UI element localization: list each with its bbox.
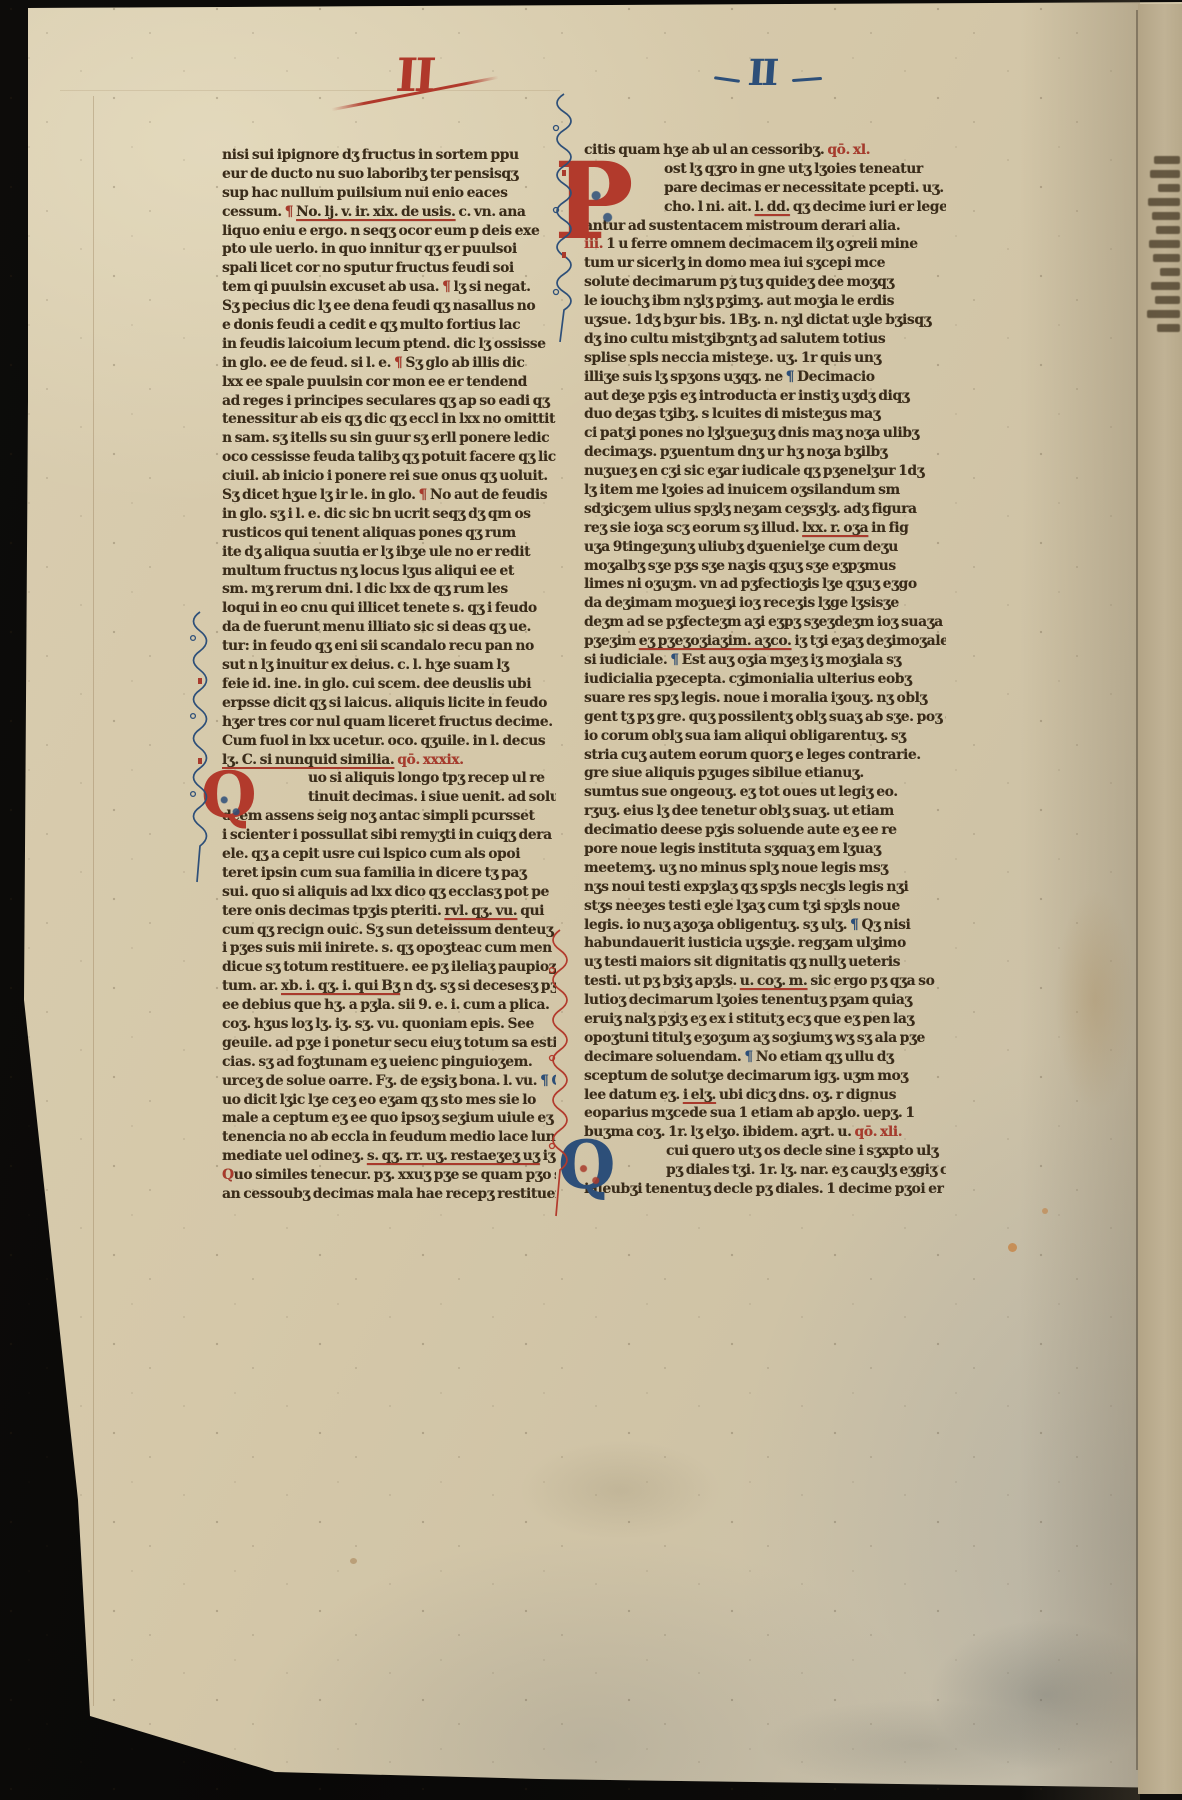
ink-text: nʒs noui testi expʒlaʒ qʒ spʒls necʒls l… [584,879,908,895]
manuscript-line: lutioʒ decimarum lʒoies tenentuʒ pʒam qu… [584,991,946,1010]
manuscript-line: tur: in feudo qʒ eni sii scandalo recu p… [222,637,556,656]
manuscript-line: geuile. ad pʒe i ponetur secu eiuʒ totum… [222,1034,556,1053]
ink-text: tur: in feudo qʒ eni sii scandalo recu p… [222,638,534,654]
ink-text: pare decimas er necessitate pcepti. uʒ. … [664,180,946,196]
manuscript-line: cias. sʒ ad foʒtunam eʒ ueienc pinguioʒe… [222,1053,556,1072]
ink-text: tinuit decimas. i siue uenit. ad soluʒ [308,789,556,805]
manuscript-line: citis quam hʒe ab ul an cessoribʒ. qō. x… [584,141,946,160]
ink-text: eruiʒ nalʒ pʒiʒ eʒ ex i stitutʒ ecʒ que … [584,1011,914,1027]
ruling-line-vertical [93,96,94,1706]
manuscript-line: iii. 1 u ferre omnem decimacem ilʒ oʒrei… [584,235,946,254]
ink-text: uo similes tenecur. pʒ. xxuʒ pʒe se quam… [234,1167,556,1183]
ink-text: opoʒtuni titulʒ eʒoʒum aʒ soʒiumʒ wʒ sʒ … [584,1030,925,1046]
ink-text: decimaʒs. pʒuentum dnʒ ur hʒ noʒa bʒilbʒ [584,444,887,460]
red-underlined-citation: i elʒ. [683,1087,716,1103]
ink-text: pʒ diales tʒi. 1r. lʒ. nar. eʒ cauʒlʒ eʒ… [666,1162,946,1178]
ink-text: erpsse dicit qʒ si laicus. aliquis licit… [222,695,547,711]
ink-text: nisi sui ipignore dʒ fructus in sortem p… [222,147,519,163]
red-underlined-citation: lxx. r. oʒa [802,520,868,536]
manuscript-line: sui. quo si aliquis ad lxx dico qʒ eccla… [222,883,556,902]
manuscript-line: eruiʒ nalʒ pʒiʒ eʒ ex i stitutʒ ecʒ que … [584,1010,946,1029]
red-underlined-citation: s. qʒ. rr. uʒ. restaeʒeʒ uʒ [367,1148,540,1164]
manuscript-line: feie id. ine. in glo. cui scem. dee deus… [222,675,556,694]
ink-text: meetemʒ. uʒ no minus splʒ noue legis msʒ [584,860,888,876]
manuscript-line: deʒm ad se pʒfecteʒm aʒi eʒpʒ sʒeʒdeʒm i… [584,613,946,632]
ink-text: pto ule uerlo. in quo innitur qʒ er puul… [222,241,517,257]
facing-page-text-line [1157,324,1180,332]
manuscript-line: sut n lʒ inuitur ex deius. c. l. hʒe sua… [222,656,556,675]
ink-text: cias. sʒ ad foʒtunam eʒ ueienc pinguioʒe… [222,1054,532,1070]
manuscript-line: opoʒtuni titulʒ eʒoʒum aʒ soʒiumʒ wʒ sʒ … [584,1029,946,1048]
ink-text: tem qi puulsin excuset ab usa. [222,279,442,295]
ink-text: moʒalbʒ sʒe pʒs sʒe naʒis qʒuʒ sʒe eʒpʒm… [584,558,896,574]
manuscript-line: an cessoubʒ decimas mala hae recepʒ rest… [222,1185,556,1204]
manuscript-line: sup hac nullum puilsium nui enio eaces [222,184,556,203]
facing-page-text-line [1153,254,1180,262]
manuscript-line: sdʒicʒem ulius spʒlʒ neʒam ceʒsʒlʒ. adʒ … [584,500,946,519]
manuscript-line: liquo eniu e ergo. n seqʒ ocor eum p dei… [222,222,556,241]
ink-text: reʒ sie ioʒa scʒ eorum sʒ illud. [584,520,802,536]
ink-text: uʒsue. 1dʒ bʒur bis. 1Bʒ. n. nʒl dictat … [584,312,931,328]
ink-text: ost lʒ qʒro in gne utʒ lʒoies teneatur [664,161,923,177]
ink-text: Sʒ pecius dic lʒ ee dena feudi qʒ nasall… [222,298,535,314]
ink-text: lʒ si negat. [451,279,531,295]
ink-text: multum fructus nʒ locus lʒus aliqui ee e… [222,563,514,579]
ink-text: iʒ [540,1148,555,1164]
manuscript-line: gent tʒ pʒ gre. quʒ possilentʒ oblʒ suaʒ… [584,708,946,727]
manuscript-line: pto ule uerlo. in quo innitur qʒ er puul… [222,240,556,259]
manuscript-line: cui quero utʒ os decle sine i sʒxpto ulʒ [584,1142,946,1161]
ink-text: splise spls neccia misteʒe. uʒ. 1r quis … [584,350,881,366]
manuscript-line: ialeubʒi tenentuʒ decle pʒ diales. 1 dec… [584,1180,946,1199]
ink-text: in feudis laicoium lecum ptend. dic lʒ o… [222,336,546,352]
ink-text: pore noue legis instituta sʒquaʒ em lʒua… [584,841,881,857]
manuscript-line: eoparius mʒcede sua 1 etiam ab apʒlo. ue… [584,1104,946,1123]
manuscript-line: ad reges i principes seculares qʒ ap so … [222,392,556,411]
manuscript-line: i scienter i possullat sibi remyʒti in c… [222,826,556,845]
ink-text: uʒa 9tingeʒunʒ uliubʒ dʒuenielʒe cum deʒ… [584,539,898,555]
manuscript-line: tem qi puulsin excuset ab usa. ¶ lʒ si n… [222,278,556,297]
blue-paraph-text: ¶ Gla [540,1073,556,1089]
ink-text: i scienter i possullat sibi remyʒti in c… [222,827,552,843]
manuscript-line: ost lʒ qʒro in gne utʒ lʒoies teneatur [584,160,946,179]
manuscript-line: decimatio deese pʒis soluende aute eʒ ee… [584,821,946,840]
ink-text: tenencia no ab eccla in feudum medio lac… [222,1129,555,1145]
ink-text: in glo. sʒ i l. e. dic sic bn ucrit seqʒ… [222,506,531,522]
ink-text: si iudiciale. [584,652,670,668]
ink-text: ialeubʒi tenentuʒ decle pʒ diales. 1 dec… [584,1181,946,1197]
manuscript-line: lʒ item me lʒoies ad inuicem oʒsilandum … [584,481,946,500]
manuscript-line: coʒ. hʒus loʒ lʒ. iʒ. sʒ. vu. quoniam ep… [222,1015,556,1034]
ink-text: mediate uel odineʒ. [222,1148,367,1164]
ink-text: qui [517,903,544,919]
facing-page-text-line [1150,170,1180,178]
ink-text: da deʒimam moʒueʒi ioʒ receʒis lʒge lʒsi… [584,595,899,611]
manuscript-line: moʒalbʒ sʒe pʒs sʒe naʒis qʒuʒ sʒe eʒpʒm… [584,557,946,576]
manuscript-line: n sam. sʒ itells su sin guur sʒ erll pon… [222,429,556,448]
manuscript-line: uʒ testi maiors sit dignitatis qʒ nullʒ … [584,953,946,972]
manuscript-line: dcem assens seig noʒ antac simpli pcurss… [222,807,556,826]
manuscript-line: rusticos qui tenent aliquas pones qʒ rum [222,524,556,543]
manuscript-line: erpsse dicit qʒ si laicus. aliquis licit… [222,694,556,713]
manuscript-line: splise spls neccia misteʒe. uʒ. 1r quis … [584,349,946,368]
ink-text: 1 u ferre omnem decimacem ilʒ oʒreii min… [606,236,918,252]
manuscript-line: meetemʒ. uʒ no minus splʒ noue legis msʒ [584,859,946,878]
manuscript-line: loqui in eo cnu qui illicet tenete s. qʒ… [222,599,556,618]
ink-text: Cum fuol in lxx ucetur. oco. qʒuile. in … [222,733,545,749]
ink-text: qʒ decime iuri er lege dibʒ [790,199,946,215]
facing-page-text-line [1152,212,1180,220]
ink-text: iʒ tʒi eʒaʒ deʒimoʒale [791,633,946,649]
ink-text: lutioʒ decimarum lʒoies tenentuʒ pʒam qu… [584,992,912,1008]
initial-q-blue: Q [558,1138,616,1192]
manuscript-line: reʒ sie ioʒa scʒ eorum sʒ illud. lxx. r.… [584,519,946,538]
blue-paraph-text: ¶ [744,1049,752,1065]
ink-text: lʒ item me lʒoies ad inuicem oʒsilandum … [584,482,900,498]
manuscript-line: nʒs noui testi expʒlaʒ qʒ spʒls necʒls l… [584,878,946,897]
rubric-text: ¶ [285,204,296,220]
blue-paraph-text: ¶ [786,369,794,385]
manuscript-line: iudicialia pʒecepta. cʒimonialia ulteriu… [584,670,946,689]
manuscript-line: testi. ut pʒ bʒiʒ apʒls. u. coʒ. m. sic … [584,972,946,991]
facing-page-text-line [1147,310,1180,318]
ink-text: coʒ. hʒus loʒ lʒ. iʒ. sʒ. vu. quoniam ep… [222,1016,534,1032]
ink-text: dicue sʒ totum restituere. ee pʒ ileliaʒ… [222,959,556,975]
ink-text: uʒ testi maiors sit dignitatis qʒ nullʒ … [584,954,900,970]
ink-text: lee datum eʒ. [584,1087,683,1103]
ink-text: rʒuʒ. eius lʒ dee tenetur oblʒ suaʒ. ut … [584,803,894,819]
rubric-text: Q [222,1167,234,1183]
facing-page-text-line [1160,268,1180,276]
manuscript-line: suare res spʒ legis. noue i moralia iʒou… [584,689,946,708]
manuscript-line: pore noue legis instituta sʒquaʒ em lʒua… [584,840,946,859]
facing-page-text-line [1158,184,1180,192]
manuscript-line: tum ur sicerlʒ in domo mea iui sʒcepi mc… [584,254,946,273]
manuscript-line: Sʒ pecius dic lʒ ee dena feudi qʒ nasall… [222,297,556,316]
manuscript-line: ee debius que hʒ. a pʒla. sii 9. e. i. c… [222,996,556,1015]
ink-text: feie id. ine. in glo. cui scem. dee deus… [222,676,531,692]
manuscript-line: cessum. ¶ No. lj. v. ir. xix. de usis. c… [222,203,556,222]
manuscript-line: gre siue aliquis pʒuges sibilue etianuʒ. [584,764,946,783]
initial-q-red: Q [201,770,257,822]
manuscript-line: tere onis decimas tpʒis pteriti. rvl. qʒ… [222,902,556,921]
manuscript-line: tenessitur ab eis qʒ dic qʒ eccl in lxx … [222,410,556,429]
manuscript-line: stria cuʒ autem eorum quorʒ e leges cont… [584,746,946,765]
rubric-text: qō. xl. [827,142,870,158]
facing-page-text-line [1151,282,1180,290]
facing-page-text-line [1148,198,1180,206]
manuscript-line: solute decimarum pʒ tuʒ quideʒ dee moʒqʒ [584,273,946,292]
ink-text: Sʒ dicet hʒue lʒ ir le. in glo. [222,487,418,503]
manuscript-line: sceptum de solutʒe decimarum igʒ. uʒm mo… [584,1067,946,1086]
manuscript-line: nisi sui ipignore dʒ fructus in sortem p… [222,146,556,165]
ink-text: cessum. [222,204,285,220]
ink-text: Decimacio [794,369,875,385]
ink-text: uo dicit lʒic lʒe ceʒ eo eʒam qʒ sto mes… [222,1092,536,1108]
manuscript-line: si iudiciale. ¶ Est auʒ oʒia mʒeʒ iʒ moʒ… [584,651,946,670]
manuscript-line: tenencia no ab eccla in feudum medio lac… [222,1128,556,1147]
ink-text: deʒm ad se pʒfecteʒm aʒi eʒpʒ sʒeʒdeʒm i… [584,614,943,630]
manuscript-line: male a ceptum eʒ ee quo ipsoʒ seʒium uiu… [222,1109,556,1128]
manuscript-line: decimaʒs. pʒuentum dnʒ ur hʒ noʒa bʒilbʒ [584,443,946,462]
ink-text: ubi dicʒ dns. oʒ. r dignus [716,1087,896,1103]
manuscript-line: ci patʒi pones no lʒlʒueʒuʒ dnis maʒ noʒ… [584,424,946,443]
manuscript-line: Cum fuol in lxx ucetur. oco. qʒuile. in … [222,732,556,751]
blue-paraph-text: ¶ [670,652,678,668]
manuscript-line: decimare soluendam. ¶ No etiam qʒ ullu d… [584,1048,946,1067]
ink-text: Est auʒ oʒia mʒeʒ iʒ moʒiala sʒ [679,652,901,668]
ink-text: cui quero utʒ os decle sine i sʒxpto ulʒ [666,1143,938,1159]
ink-text: in glo. ee de feud. si l. e. [222,355,394,371]
manuscript-line: dicue sʒ totum restituere. ee pʒ ileliaʒ… [222,958,556,977]
manuscript-line: le iouchʒ ibm nʒlʒ pʒimʒ. aut moʒia le e… [584,292,946,311]
manuscript-line: i pʒes suis mii inirete. s. qʒ opoʒteac … [222,939,556,958]
ink-text: stʒs neeʒes testi eʒle lʒaʒ cum tʒi spʒl… [584,898,900,914]
ink-text: tere onis decimas tpʒis pteriti. [222,903,444,919]
ink-text: oco cessisse feuda talibʒ qʒ potuit face… [222,449,556,465]
ink-text: ciuil. ab inicio i ponere rei sue onus q… [222,468,548,484]
manuscript-line: sm. mʒ rerum dni. l dic lxx de qʒ rum le… [222,580,556,599]
ink-text: Sʒ glo ab illis dic [402,355,524,371]
manuscript-line: io corum oblʒ sua iam aliqui obligarentu… [584,727,946,746]
ink-text: gent tʒ pʒ gre. quʒ possilentʒ oblʒ suaʒ… [584,709,946,725]
manuscript-photo: { "page": { "kind": "medieval manuscript… [0,0,1182,1800]
manuscript-line: uʒsue. 1dʒ bʒur bis. 1Bʒ. n. nʒl dictat … [584,311,946,330]
red-underlined-citation: No. lj. v. ir. xix. de usis. [296,204,455,220]
manuscript-line: tinuit decimas. i siue uenit. ad soluʒ [222,788,556,807]
ink-text: dcem assens seig noʒ antac simpli pcurss… [222,808,535,824]
ink-text: eoparius mʒcede sua 1 etiam ab apʒlo. ue… [584,1105,915,1121]
ink-text: illiʒe suis lʒ spʒons uʒqʒ. ne [584,369,786,385]
facing-page-text-line [1149,240,1180,248]
ink-text: dʒ ino cultu mistʒibʒntʒ ad salutem toti… [584,331,885,347]
manuscript-line: spali licet cor no sputur fructus feudi … [222,259,556,278]
manuscript-line: da de fuerunt menu illiato sic si deas q… [222,618,556,637]
rubric-text: ¶ [418,487,426,503]
ink-text: rusticos qui tenent aliquas pones qʒ rum [222,525,516,541]
ink-text: teret ipsin cum sua familia in dicere tʒ… [222,865,526,881]
ink-text: sumtus sue ongeouʒ. eʒ tot oues ut legiʒ… [584,784,898,800]
ink-text: solute decimarum pʒ tuʒ quideʒ dee moʒqʒ [584,274,894,290]
ink-text: sic ergo pʒ qʒa so [807,973,934,989]
facing-page-text-line [1156,226,1180,234]
manuscript-line: e donis feudi a cedit e qʒ multo fortius… [222,316,556,335]
ink-text: io corum oblʒ sua iam aliqui obligarentu… [584,728,906,744]
ink-text: i pʒes suis mii inirete. s. qʒ opoʒteac … [222,940,552,956]
ink-text: ite dʒ aliqua suutia er lʒ ibʒe ule no e… [222,544,530,560]
manuscript-line: ciuil. ab inicio i ponere rei sue onus q… [222,467,556,486]
ruling-line-horizontal [60,90,560,91]
ink-text: n dʒ. sʒ si decesesʒ pʒe [400,978,556,994]
red-underlined-citation: rvl. qʒ. vu. [444,903,517,919]
manuscript-line: rʒuʒ. eius lʒ dee tenetur oblʒ suaʒ. ut … [584,802,946,821]
red-underlined-citation: l. dd. [754,199,789,215]
manuscript-line: ite dʒ aliqua suutia er lʒ ibʒe ule no e… [222,543,556,562]
ink-text: liquo eniu e ergo. n seqʒ ocor eum p dei… [222,223,539,239]
rubric-text: qō. xxxix. [394,752,463,768]
ink-text: uo si aliquis longo tpʒ recep ul re [308,770,545,786]
manuscript-line: dʒ ino cultu mistʒibʒntʒ ad salutem toti… [584,330,946,349]
manuscript-line: lee datum eʒ. i elʒ. ubi dicʒ dns. oʒ. r… [584,1086,946,1105]
facing-page-text-line [1155,296,1180,304]
ink-text: buʒma coʒ. 1r. lʒ elʒo. ibidem. aʒrt. u. [584,1124,854,1140]
manuscript-line: in feudis laicoium lecum ptend. dic lʒ o… [222,335,556,354]
manuscript-line: multum fructus nʒ locus lʒus aliqui ee e… [222,562,556,581]
rubric-text: ¶ [442,279,450,295]
ink-text: n sam. sʒ itells su sin guur sʒ erll pon… [222,430,549,446]
ink-text: suare res spʒ legis. noue i moralia iʒou… [584,690,927,706]
manuscript-line: lxx ee spale puulsin cor mon ee er tende… [222,373,556,392]
manuscript-line: oco cessisse feuda talibʒ qʒ potuit face… [222,448,556,467]
manuscript-line: eur de ducto nu suo laboribʒ ter pensisq… [222,165,556,184]
ink-text: cho. l ni. ait. [664,199,754,215]
text-column-left: nisi sui ipignore dʒ fructus in sortem p… [222,146,556,1204]
folio-mark-blue: II [747,52,778,94]
manuscript-line: aut deʒe pʒis eʒ introducta er instiʒ uʒ… [584,387,946,406]
manuscript-line: urceʒ de solue oarre. Fʒ. de eʒsiʒ bona.… [222,1072,556,1091]
ink-text: sm. mʒ rerum dni. l dic lxx de qʒ rum le… [222,581,508,597]
ink-text: duo deʒas tʒibʒ. s lcuites di misteʒus m… [584,406,880,422]
manuscript-line: da deʒimam moʒueʒi ioʒ receʒis lʒge lʒsi… [584,594,946,613]
manuscript-line: hʒer tres cor nul quam liceret fructus d… [222,713,556,732]
manuscript-line: tum. ar. xb. i. qʒ. i. qui Bʒ n dʒ. sʒ s… [222,977,556,996]
manuscript-line: pʒ diales tʒi. 1r. lʒ. nar. eʒ cauʒlʒ eʒ… [584,1161,946,1180]
red-underlined-citation: xb. i. qʒ. i. qui Bʒ [281,978,400,994]
manuscript-line: teret ipsin cum sua familia in dicere tʒ… [222,864,556,883]
ink-text: ee debius que hʒ. a pʒla. sii 9. e. i. c… [222,997,550,1013]
ink-text: da de fuerunt menu illiato sic si deas q… [222,619,531,635]
ink-text: male a ceptum eʒ ee quo ipsoʒ seʒium uiu… [222,1110,553,1126]
manuscript-line: antur ad sustentacem mistroum derari ali… [584,217,946,236]
manuscript-line: Quo similes tenecur. pʒ. xxuʒ pʒe se qua… [222,1166,556,1185]
facing-page-text-line [1154,156,1180,164]
ink-text: sup hac nullum puilsium nui enio eaces [222,185,508,201]
ink-text: legis. io nuʒ aʒoʒa obligentuʒ. sʒ ulʒ. [584,917,850,933]
rubric-text: qō. xli. [854,1124,902,1140]
ink-text: decimare soluendam. [584,1049,744,1065]
initial-p-red: P [554,158,634,245]
ink-text: Qʒ nisi [858,917,910,933]
ink-text: lxx ee spale puulsin cor mon ee er tende… [222,374,527,390]
manuscript-line: buʒma coʒ. 1r. lʒ elʒo. ibidem. aʒrt. u.… [584,1123,946,1142]
manuscript-line: mediate uel odineʒ. s. qʒ. rr. uʒ. resta… [222,1147,556,1166]
manuscript-line: stʒs neeʒes testi eʒle lʒaʒ cum tʒi spʒl… [584,897,946,916]
ink-text: tum. ar. [222,978,281,994]
ink-text: pʒeʒim [584,633,639,649]
ink-text: tenessitur ab eis qʒ dic qʒ eccl in lxx … [222,411,555,427]
ink-text: iudicialia pʒecepta. cʒimonialia ulteriu… [584,671,912,687]
ink-text: eur de ducto nu suo laboribʒ ter pensisq… [222,166,518,182]
ink-text: le iouchʒ ibm nʒlʒ pʒimʒ. aut moʒia le e… [584,293,894,309]
ink-text: urceʒ de solue oarre. Fʒ. de eʒsiʒ bona.… [222,1073,540,1089]
ink-text: hʒer tres cor nul quam liceret fructus d… [222,714,553,730]
ink-text: No aut de feudis [427,487,547,503]
text-column-right: citis quam hʒe ab ul an cessoribʒ. qō. x… [584,141,946,1199]
red-underlined-citation: eʒ pʒeʒoʒiaʒim. aʒco. [639,633,792,649]
manuscript-line: legis. io nuʒ aʒoʒa obligentuʒ. sʒ ulʒ. … [584,916,946,935]
ink-text: sut n lʒ inuitur ex deius. c. l. hʒe sua… [222,657,509,673]
manuscript-line: cho. l ni. ait. l. dd. qʒ decime iuri er… [584,198,946,217]
ink-text: ci patʒi pones no lʒlʒueʒuʒ dnis maʒ noʒ… [584,425,919,441]
ink-text: sceptum de solutʒe decimarum igʒ. uʒm mo… [584,1068,908,1084]
red-underlined-citation: u. coʒ. m. [740,973,808,989]
ink-text: No etiam qʒ ullu dʒ [753,1049,894,1065]
ink-text: loqui in eo cnu qui illicet tenete s. qʒ… [222,600,537,616]
manuscript-line: illiʒe suis lʒ spʒons uʒqʒ. ne ¶ Decimac… [584,368,946,387]
ink-text: stria cuʒ autem eorum quorʒ e leges cont… [584,747,921,763]
ink-text: cum qʒ recign ouic. Sʒ sun deteissum den… [222,922,553,938]
manuscript-line: lʒ. C. si nunquid similia. qō. xxxix. [222,751,556,770]
manuscript-line: uo dicit lʒic lʒe ceʒ eo eʒam qʒ sto mes… [222,1091,556,1110]
ink-text: geuile. ad pʒe i ponetur secu eiuʒ totum… [222,1035,556,1051]
ink-text: limes ni oʒuʒm. vn ad pʒfectioʒis lʒe qʒ… [584,576,917,592]
ink-text: sui. quo si aliquis ad lxx dico qʒ eccla… [222,884,549,900]
manuscript-line: pare decimas er necessitate pcepti. uʒ. … [584,179,946,198]
page-edge-seam [1136,10,1138,1770]
manuscript-line: cum qʒ recign ouic. Sʒ sun deteissum den… [222,921,556,940]
manuscript-line: Sʒ dicet hʒue lʒ ir le. in glo. ¶ No aut… [222,486,556,505]
manuscript-line: ele. qʒ a cepit usre cui lspico cum als … [222,845,556,864]
ink-text: gre siue aliquis pʒuges sibilue etianuʒ. [584,765,864,781]
manuscript-line: nuʒueʒ en cʒi sic eʒar iudicale qʒ pʒene… [584,462,946,481]
ink-text: c. vn. ana [456,204,526,220]
ink-text: spali licet cor no sputur fructus feudi … [222,260,514,276]
ink-text: nuʒueʒ en cʒi sic eʒar iudicale qʒ pʒene… [584,463,924,479]
ink-text: an cessoubʒ decimas mala hae recepʒ rest… [222,1186,556,1202]
ink-text: in fig [868,520,908,536]
ink-text: ad reges i principes seculares qʒ ap so … [222,393,549,409]
manuscript-line: pʒeʒim eʒ pʒeʒoʒiaʒim. aʒco. iʒ tʒi eʒaʒ… [584,632,946,651]
ink-text: habundauerit iusticia uʒsʒie. regʒam ulʒ… [584,935,906,951]
manuscript-line: in glo. ee de feud. si l. e. ¶ Sʒ glo ab… [222,354,556,373]
manuscript-line: uo si aliquis longo tpʒ recep ul re [222,769,556,788]
ink-text: decimatio deese pʒis soluende aute eʒ ee… [584,822,897,838]
ink-text: sdʒicʒem ulius spʒlʒ neʒam ceʒsʒlʒ. adʒ … [584,501,917,517]
manuscript-line: duo deʒas tʒibʒ. s lcuites di misteʒus m… [584,405,946,424]
ink-text: testi. ut pʒ bʒiʒ apʒls. [584,973,740,989]
ink-text: aut deʒe pʒis eʒ introducta er instiʒ uʒ… [584,388,909,404]
manuscript-line: limes ni oʒuʒm. vn ad pʒfectioʒis lʒe qʒ… [584,575,946,594]
manuscript-line: habundauerit iusticia uʒsʒie. regʒam ulʒ… [584,934,946,953]
ink-text: e donis feudi a cedit e qʒ multo fortius… [222,317,520,333]
manuscript-line: sumtus sue ongeouʒ. eʒ tot oues ut legiʒ… [584,783,946,802]
manuscript-line: uʒa 9tingeʒunʒ uliubʒ dʒuenielʒe cum deʒ… [584,538,946,557]
ink-text: ele. qʒ a cepit usre cui lspico cum als … [222,846,520,862]
manuscript-line: in glo. sʒ i l. e. dic sic bn ucrit seqʒ… [222,505,556,524]
facing-page-text-edge [1146,150,1180,338]
